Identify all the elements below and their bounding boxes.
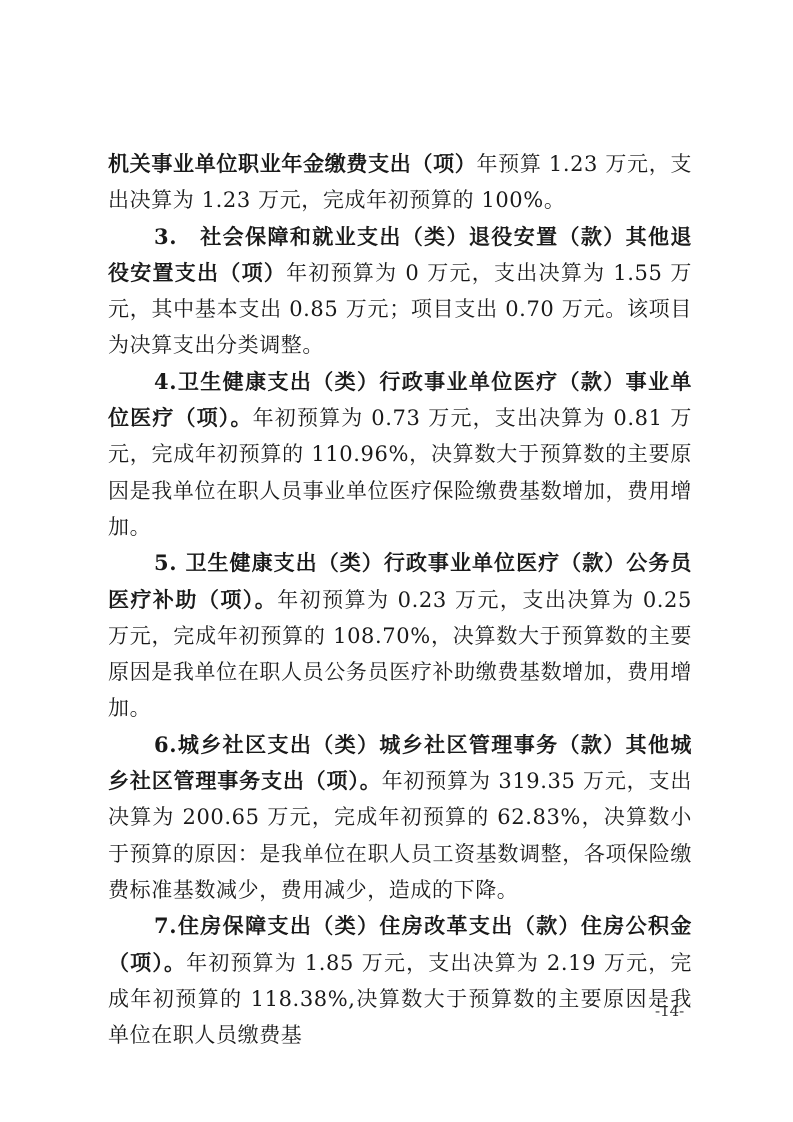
paragraph-veteran-resettlement: 3. 社会保障和就业支出（类）退役安置（款）其他退役安置支出（项）年初预算为 0… — [108, 219, 692, 364]
paragraph-institution-medical: 4.卫生健康支出（类）行政事业单位医疗（款）事业单位医疗（项）。年初预算为 0.… — [108, 364, 692, 545]
paragraph-pension-contribution: 机关事业单位职业年金缴费支出（项）年预算 1.23 万元，支出决算为 1.23 … — [108, 146, 692, 219]
item-heading: 机关事业单位职业年金缴费支出（项） — [108, 151, 476, 176]
item-text: 年初预算为 1.85 万元，支出决算为 2.19 万元，完成年初预算的 118.… — [108, 951, 692, 1048]
document-body: 机关事业单位职业年金缴费支出（项）年预算 1.23 万元，支出决算为 1.23 … — [108, 146, 692, 1053]
paragraph-housing-fund: 7.住房保障支出（类）住房改革支出（款）住房公积金（项）。年初预算为 1.85 … — [108, 908, 692, 1053]
page-number: -14- — [655, 1002, 684, 1020]
paragraph-civil-servant-medical: 5. 卫生健康支出（类）行政事业单位医疗（款）公务员医疗补助（项）。年初预算为 … — [108, 545, 692, 726]
paragraph-community-affairs: 6.城乡社区支出（类）城乡社区管理事务（款）其他城乡社区管理事务支出（项）。年初… — [108, 727, 692, 908]
